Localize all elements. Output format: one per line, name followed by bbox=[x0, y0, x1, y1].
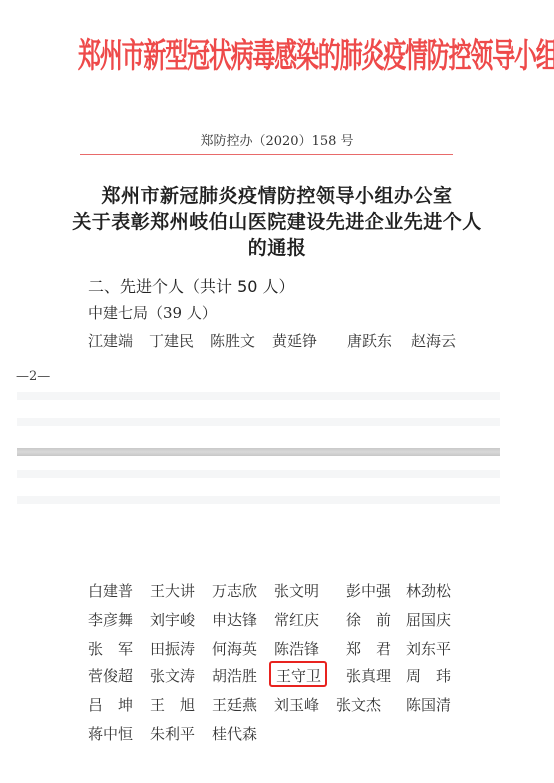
name-item: 王廷燕 bbox=[212, 694, 257, 715]
name-item: 江建端 bbox=[88, 330, 133, 351]
name-item: 张 军 bbox=[88, 638, 133, 659]
red-divider-line bbox=[80, 154, 453, 155]
name-item: 张文明 bbox=[274, 580, 319, 601]
page-number: —2— bbox=[16, 369, 50, 384]
name-item: 吕 坤 bbox=[88, 694, 133, 715]
name-item: 胡浩胜 bbox=[212, 665, 257, 686]
name-item: 刘宇峻 bbox=[150, 609, 195, 630]
name-item: 王大讲 bbox=[150, 580, 195, 601]
name-item: 李彦舞 bbox=[88, 609, 133, 630]
name-item: 陈胜文 bbox=[210, 330, 255, 351]
name-item: 屈国庆 bbox=[406, 609, 451, 630]
name-item: 彭中强 bbox=[346, 580, 391, 601]
faded-text-line bbox=[17, 418, 500, 426]
document-number: 郑防控办（2020）158 号 bbox=[0, 130, 554, 149]
name-item: 丁建民 bbox=[149, 330, 194, 351]
page-separator bbox=[17, 448, 500, 456]
organization-label: 中建七局（39 人） bbox=[88, 302, 217, 323]
name-item: 菅俊超 bbox=[88, 665, 133, 686]
name-item: 唐跃东 bbox=[347, 330, 392, 351]
faded-text-line bbox=[17, 496, 500, 504]
name-item: 常红庆 bbox=[274, 609, 319, 630]
name-item: 何海英 bbox=[212, 638, 257, 659]
red-header-title: 郑州市新型冠状病毒感染的肺炎疫情防控领导小组办公室文件 bbox=[78, 38, 474, 96]
name-item: 白建普 bbox=[88, 580, 133, 601]
name-item: 徐 前 bbox=[346, 609, 391, 630]
name-item: 周 玮 bbox=[406, 665, 451, 686]
name-item: 朱利平 bbox=[150, 723, 195, 744]
name-item: 王 旭 bbox=[150, 694, 195, 715]
name-item: 张真理 bbox=[346, 665, 391, 686]
name-item: 蒋中恒 bbox=[88, 723, 133, 744]
faded-text-line bbox=[17, 392, 500, 400]
title-line-2: 关于表彰郑州岐伯山医院建设先进企业先进个人 bbox=[0, 207, 554, 234]
name-item: 万志欣 bbox=[212, 580, 257, 601]
name-item: 赵海云 bbox=[411, 330, 456, 351]
name-item: 桂代森 bbox=[212, 723, 257, 744]
name-item: 黄延铮 bbox=[272, 330, 317, 351]
name-item: 申达锋 bbox=[212, 609, 257, 630]
name-item: 郑 君 bbox=[346, 638, 391, 659]
highlight-box bbox=[269, 661, 327, 687]
section-heading: 二、先进个人（共计 50 人） bbox=[88, 274, 295, 297]
name-item: 刘东平 bbox=[406, 638, 451, 659]
name-item: 林劲松 bbox=[406, 580, 451, 601]
name-item: 刘玉峰 bbox=[274, 694, 319, 715]
title-line-1: 郑州市新冠肺炎疫情防控领导小组办公室 bbox=[0, 181, 554, 208]
name-item: 田振涛 bbox=[150, 638, 195, 659]
name-item: 陈国清 bbox=[406, 694, 451, 715]
name-item: 陈浩锋 bbox=[274, 638, 319, 659]
name-item: 张文涛 bbox=[150, 665, 195, 686]
title-line-3: 的通报 bbox=[0, 233, 554, 260]
faded-text-line bbox=[17, 470, 500, 478]
name-item: 张文杰 bbox=[336, 694, 381, 715]
